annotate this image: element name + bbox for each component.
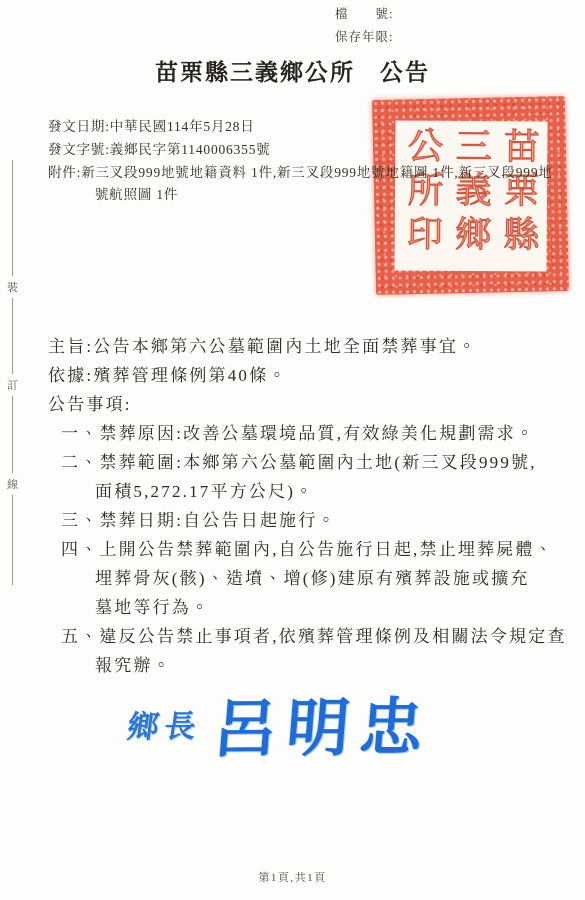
binding-char-zhuang: 裝 [4,276,21,298]
item-3: 三、禁葬日期:自公告日起施行。 [48,506,573,535]
item-1: 一、禁葬原因:改善公墓環境品質,有效綠美化規劃需求。 [48,419,573,448]
retention-period-label: 保存年限: [335,26,393,49]
item-4-continuation-2: 墓地等行為。 [48,593,573,622]
item-4: 四、上開公告禁葬範圍內,自公告施行日起,禁止埋葬屍體、 [48,535,573,564]
document-page: 檔 號: 保存年限: 苗栗縣三義鄉公所 公告 苗栗縣三義鄉公所印 發文日期:中華… [0,0,585,900]
item-4-continuation-1: 埋葬骨灰(骸)、造墳、增(修)建原有殯葬設施或擴充 [48,564,573,593]
binding-char-ding: 訂 [4,374,21,396]
issue-date-line: 發文日期:中華民國114年5月28日 [48,117,568,140]
page-footer: 第1頁,共1頁 [0,869,585,885]
mayor-title-stamp: 鄉長 [125,701,205,747]
item-5: 五、違反公告禁止事項者,依殯葬管理條例及相關法令規定查 [48,622,573,651]
mayor-name-stamp: 呂明忠 [210,677,436,770]
binding-char-xian: 線 [4,473,21,495]
subject-line: 主旨:公告本鄉第六公墓範圍內土地全面禁葬事宜。 [48,332,573,361]
file-number-label: 檔 號: [335,3,393,26]
document-meta: 發文日期:中華民國114年5月28日 發文字號:義鄉民字第1140006355號… [48,117,568,206]
attachment-line-2: 號航照圖 1件 [48,186,568,206]
basis-line: 依據:殯葬管理條例第40條。 [48,361,573,390]
items-heading: 公告事項: [48,390,573,419]
item-2-continuation: 面積5,272.17平方公尺)。 [48,477,573,506]
announcement-body: 主旨:公告本鄉第六公墓範圍內土地全面禁葬事宜。 依據:殯葬管理條例第40條。 公… [48,332,573,680]
filing-header: 檔 號: 保存年限: [335,3,393,49]
item-5-continuation: 報究辦。 [48,651,573,680]
doc-number-line: 發文字號:義鄉民字第1140006355號 [48,140,568,163]
item-2: 二、禁葬範圍:本鄉第六公墓範圍內土地(新三叉段999號, [48,448,573,477]
announcement-title: 苗栗縣三義鄉公所 公告 [0,54,585,87]
binding-line [12,160,13,585]
attachment-line-1: 附件:新三叉段999地號地籍資料 1件,新三叉段999地號地籍圖 1件,新三叉段… [48,163,568,186]
mayor-signature-stamp: 鄉長 呂明忠 [128,677,434,771]
